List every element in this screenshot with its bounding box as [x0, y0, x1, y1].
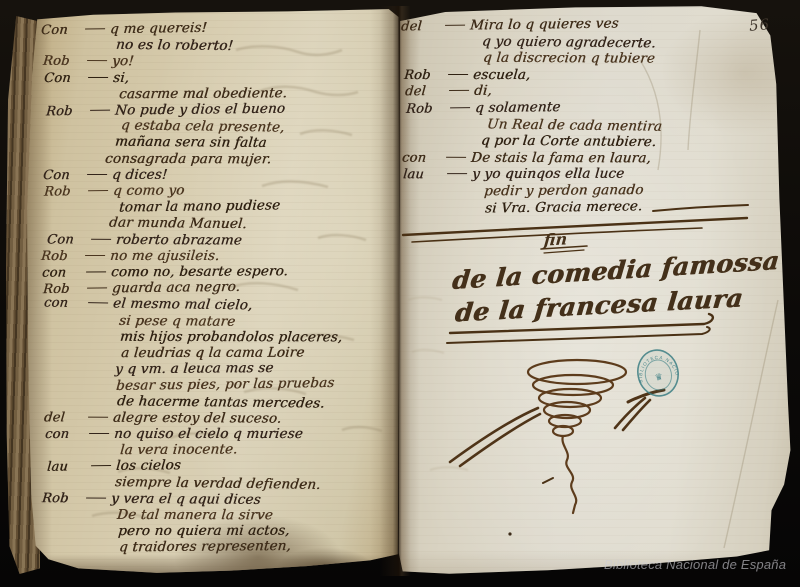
manuscript-line: Conq dices!: [42, 168, 168, 183]
manuscript-line: la vera inocente.: [45, 443, 238, 459]
speaker-dash: [89, 433, 109, 434]
line-text: como no, besarte espero.: [110, 263, 288, 280]
line-text: la vera inocente.: [119, 442, 238, 459]
speaker-dash: [86, 271, 106, 272]
manuscript-line: Consi,: [43, 71, 129, 86]
speaker-label: con: [401, 150, 446, 165]
manuscript-line: Conroberto abrazame: [46, 232, 242, 248]
speaker-label: Rob: [40, 249, 85, 264]
speaker-label: Con: [40, 23, 85, 39]
line-text: los cielos: [115, 458, 181, 475]
speaker-dash: [85, 255, 105, 256]
manuscript-line: Robno me ajusileis.: [40, 249, 220, 264]
fin-word: fin: [543, 229, 568, 249]
line-text: mañana sera sin falta: [114, 134, 267, 151]
line-text: No pude y dios el bueno: [114, 101, 285, 119]
speaker-dash: [90, 110, 110, 111]
line-text: y yo quinqos ella luce: [471, 166, 625, 182]
manuscript-line: de hacerme tantas mercedes.: [42, 393, 325, 411]
line-text: pero no quiera mi actos,: [117, 523, 290, 539]
line-text: Un Real de cada mentira: [486, 116, 663, 134]
line-text: q como yo: [112, 182, 185, 199]
manuscript-line: conDe stais la fama en laura,: [401, 150, 651, 166]
line-text: q dices!: [111, 167, 168, 183]
manuscript-line: consagrada para mujer.: [41, 151, 272, 167]
speaker-dash: [88, 190, 108, 191]
speaker-label: Con: [42, 168, 87, 183]
line-text: q traidores representen,: [118, 538, 291, 555]
manuscript-line: De tal manera la sirve: [42, 508, 273, 524]
line-text: y q vm. a leuca mas se: [114, 360, 274, 377]
right-page-text-block: delMira lo q quieres vesq yo quiero agra…: [404, 18, 764, 228]
manuscript-line: q por la Corte antubiere.: [400, 133, 657, 150]
line-text: besar sus pies, por las pruebas: [115, 375, 335, 394]
line-text: q por la Corte antubiere.: [480, 133, 657, 150]
bne-watermark: Biblioteca Nacional de España: [604, 557, 800, 572]
manuscript-line: siempre la verdad defienden.: [40, 474, 321, 493]
manuscript-line: delalegre estoy del suceso.: [43, 410, 282, 426]
manuscript-line: Robescuela,: [403, 68, 531, 83]
speaker-label: Con: [43, 71, 88, 86]
line-text: q solamente: [474, 99, 561, 116]
left-page-text-block: Conq me quereis!no es lo roberto!Robyo!C…: [44, 22, 390, 562]
line-text: alegre estoy del suceso.: [112, 410, 282, 427]
manuscript-line: q estaba cela presente,: [46, 118, 285, 136]
manuscript-line: mis hijos probandolos placeres,: [45, 329, 343, 345]
manuscript-line: dar munda Manuel.: [45, 215, 247, 232]
speaker-label: Con: [46, 232, 91, 247]
line-text: dar munda Manuel.: [108, 215, 247, 233]
speaker-label: con: [43, 296, 89, 312]
speaker-label: del: [43, 410, 88, 425]
manuscript-line: deldi,: [404, 84, 492, 99]
line-text: consagrada para mujer.: [104, 150, 272, 166]
line-text: si pese q matare: [118, 312, 236, 329]
speaker-dash: [91, 465, 111, 466]
speaker-label: del: [400, 19, 445, 35]
speaker-dash: [88, 303, 108, 304]
manuscript-line: conno quiso el cielo q muriese: [44, 427, 303, 442]
manuscript-line: Robq solamente: [405, 100, 561, 117]
line-text: Mira lo q quieres ves: [469, 15, 619, 33]
line-text: yo!: [111, 54, 134, 70]
line-text: a leudrias q la cama Loire: [120, 345, 305, 362]
speaker-label: lau: [46, 460, 91, 476]
speaker-dash: [91, 238, 111, 239]
speaker-dash: [86, 497, 106, 498]
speaker-label: lau: [402, 168, 447, 183]
speaker-dash: [449, 90, 469, 91]
line-text: De tal manera la sirve: [116, 507, 273, 523]
line-text: de hacerme tantas mercedes.: [116, 393, 325, 411]
line-text: no me ajusileis.: [109, 248, 220, 264]
manuscript-line: Robguarda aca negro.: [42, 280, 240, 297]
folio-number: 56: [748, 15, 771, 35]
line-text: no quiso el cielo q muriese: [113, 426, 303, 442]
manuscript-line: concomo no, besarte espero.: [41, 264, 288, 280]
line-text: tomar la mano pudiese: [118, 198, 280, 216]
manuscript-line: si Vra. Gracia merece.: [404, 199, 642, 217]
manuscript-line: Un Real de cada mentira: [406, 116, 663, 135]
speaker-dash: [446, 157, 466, 158]
line-text: casarme mal obediente.: [118, 85, 287, 102]
line-text: pedir y perdon ganado: [483, 182, 644, 199]
line-text: siempre la verdad defienden.: [114, 474, 321, 493]
speaker-dash: [88, 77, 108, 78]
speaker-label: con: [44, 427, 89, 442]
speaker-dash: [450, 107, 470, 108]
manuscript-line: q yo quiero agradecerte.: [401, 33, 656, 51]
line-text: q la discrecion q tubiere: [482, 50, 655, 67]
speaker-label: con: [41, 265, 86, 280]
line-text: y vera el q aqui dices: [110, 490, 261, 507]
speaker-dash: [447, 174, 467, 175]
manuscript-line: delMira lo q quieres ves: [400, 16, 619, 34]
speaker-dash: [445, 25, 465, 26]
speaker-label: Rob: [405, 101, 450, 117]
line-text: guarda aca negro.: [111, 279, 240, 296]
line-text: mis hijos probandolos placeres,: [119, 329, 343, 346]
manuscript-line: besar sus pies, por las pruebas: [41, 376, 334, 395]
manuscript-line: q traidores representen,: [44, 539, 291, 556]
speaker-dash: [87, 60, 107, 61]
line-text: De stais la fama en laura,: [470, 150, 651, 166]
manuscript-line: Roby vera el q aqui dices: [41, 491, 261, 508]
manuscript-line: no es lo roberto!: [41, 37, 234, 54]
manuscript-line: lauy yo quinqos ella luce: [402, 167, 625, 183]
speaker-label: Rob: [41, 491, 86, 506]
manuscript-line: casarme mal obediente.: [44, 86, 287, 102]
manuscript-line: RobNo pude y dios el bueno: [45, 102, 285, 120]
line-text: si Vra. Gracia merece.: [484, 198, 643, 216]
speaker-dash: [85, 28, 105, 29]
manuscript-line: pedir y perdon ganado: [403, 183, 644, 200]
manuscript-line: q la discrecion q tubiere: [402, 50, 655, 66]
speaker-label: Rob: [42, 54, 87, 69]
line-text: q me quereis!: [109, 20, 207, 37]
line-text: no es lo roberto!: [115, 37, 234, 54]
line-text: escuela,: [472, 67, 531, 83]
speaker-dash: [87, 174, 107, 175]
line-text: el mesmo mal cielo,: [112, 296, 253, 314]
manuscript-line: mañana sera sin falta: [40, 134, 267, 151]
manuscript-line: Robq como yo: [43, 183, 185, 199]
manuscript-photo: Conq me quereis!no es lo roberto!Robyo!C…: [0, 0, 800, 587]
speaker-label: del: [404, 84, 449, 99]
manuscript-line: Robyo!: [42, 54, 134, 69]
line-text: q yo quiero agradecerte.: [481, 33, 656, 51]
line-text: si,: [112, 70, 130, 86]
speaker-label: Rob: [43, 184, 88, 199]
manuscript-line: laulos cielos: [46, 459, 181, 476]
manuscript-line: conel mesmo mal cielo,: [43, 296, 253, 314]
speaker-dash: [87, 288, 107, 289]
manuscript-line: a leudrias q la cama Loire: [46, 346, 305, 362]
manuscript-line: pero no quiera mi actos,: [43, 524, 290, 540]
speaker-dash: [88, 416, 108, 417]
line-text: roberto abrazame: [115, 231, 242, 248]
manuscript-line: si pese q matare: [44, 313, 236, 330]
speaker-dash: [448, 74, 468, 75]
speaker-label: Rob: [403, 68, 448, 83]
manuscript-line: tomar la mano pudiese: [44, 199, 280, 217]
manuscript-line: Conq me quereis!: [40, 21, 207, 38]
line-text: di,: [473, 83, 492, 99]
